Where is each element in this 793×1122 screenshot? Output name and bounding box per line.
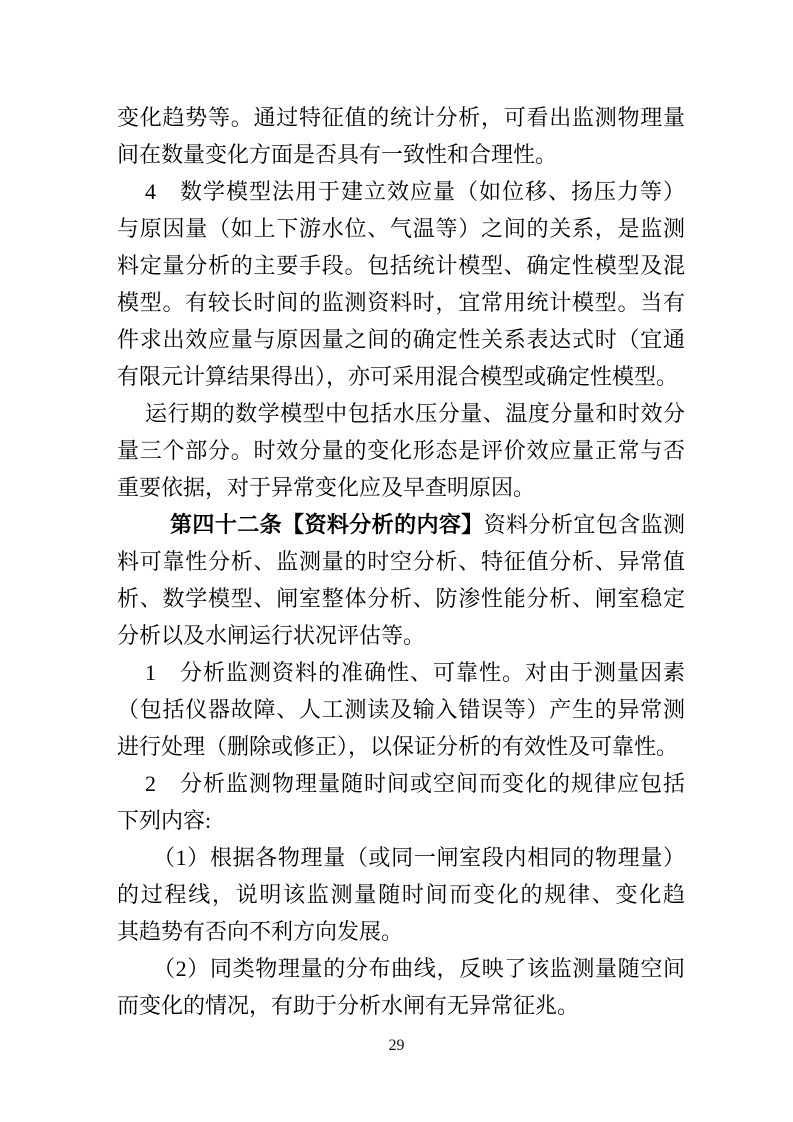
text-line: 间在数量变化方面是否具有一致性和合理性。 bbox=[117, 136, 685, 173]
text-line: 件求出效应量与原因量之间的确定性关系表达式时（宜通过 bbox=[117, 321, 685, 358]
text-segment: 进行处理（删除或修正），以保证分析的有效性及可靠性。 bbox=[117, 734, 678, 759]
text-line: （1）根据各物理量（或同一闸室段内相同的物理量） bbox=[117, 839, 685, 876]
text-line: 下列内容: bbox=[117, 802, 685, 839]
text-segment: （2）同类物理量的分布曲线，反映了该监测量随空间 bbox=[153, 956, 685, 981]
document-page: 变化趋势等。通过特征值的统计分析，可看出监测物理量之间在数量变化方面是否具有一致… bbox=[0, 0, 793, 1122]
text-segment: 变化趋势等。通过特征值的统计分析，可看出监测物理量之 bbox=[117, 105, 685, 136]
text-segment: （包括仪器故障、人工测读及输入错误等）产生的异常测值 bbox=[117, 697, 685, 728]
page-body: 变化趋势等。通过特征值的统计分析，可看出监测物理量之间在数量变化方面是否具有一致… bbox=[117, 99, 685, 1024]
text-segment: 1 分析监测资料的准确性、可靠性。对由于测量因素 bbox=[145, 660, 685, 685]
text-segment: 模型。有较长时间的监测资料时，宜常用统计模型。当有条 bbox=[117, 290, 685, 321]
text-segment: 而变化的情况，有助于分析水闸有无异常征兆。 bbox=[117, 993, 579, 1018]
text-line: 4 数学模型法用于建立效应量（如位移、扬压力等） bbox=[117, 173, 685, 210]
text-segment: 有限元计算结果得出），亦可采用混合模型或确定性模型。 bbox=[117, 364, 678, 389]
text-line: 模型。有较长时间的监测资料时，宜常用统计模型。当有条 bbox=[117, 284, 685, 321]
article-heading: 第四十二条【资料分析的内容】 bbox=[170, 512, 484, 537]
text-segment: 4 数学模型法用于建立效应量（如位移、扬压力等） bbox=[145, 179, 685, 204]
text-line: 与原因量（如上下游水位、气温等）之间的关系，是监测资 bbox=[117, 210, 685, 247]
text-line: 其趋势有否向不利方向发展。 bbox=[117, 913, 685, 950]
text-segment: 2 分析监测物理量随时间或空间而变化的规律应包括 bbox=[145, 771, 685, 796]
text-segment: 下列内容: bbox=[117, 808, 211, 833]
text-line: 进行处理（删除或修正），以保证分析的有效性及可靠性。 bbox=[117, 728, 685, 765]
page-number: 29 bbox=[0, 1036, 793, 1056]
text-segment: 的过程线，说明该监测量随时间而变化的规律、变化趋势， bbox=[117, 882, 685, 913]
text-segment: 间在数量变化方面是否具有一致性和合理性。 bbox=[117, 142, 557, 167]
text-line: 析、数学模型、闸室整体分析、防渗性能分析、闸室稳定性 bbox=[117, 580, 685, 617]
text-line: 运行期的数学模型中包括水压分量、温度分量和时效分 bbox=[117, 395, 685, 432]
text-line: （2）同类物理量的分布曲线，反映了该监测量随空间 bbox=[117, 950, 685, 987]
text-segment: 与原因量（如上下游水位、气温等）之间的关系，是监测资 bbox=[117, 216, 685, 247]
text-segment: 运行期的数学模型中包括水压分量、温度分量和时效分 bbox=[145, 401, 685, 426]
text-segment: 分析以及水闸运行状况评估等。 bbox=[117, 623, 425, 648]
text-line: 重要依据，对于异常变化应及早查明原因。 bbox=[117, 469, 685, 506]
text-line: 变化趋势等。通过特征值的统计分析，可看出监测物理量之 bbox=[117, 99, 685, 136]
text-line: 而变化的情况，有助于分析水闸有无异常征兆。 bbox=[117, 987, 685, 1024]
text-line: 料可靠性分析、监测量的时空分析、特征值分析、异常值分 bbox=[117, 543, 685, 580]
text-line: 的过程线，说明该监测量随时间而变化的规律、变化趋势， bbox=[117, 876, 685, 913]
text-line: 2 分析监测物理量随时间或空间而变化的规律应包括 bbox=[117, 765, 685, 802]
text-segment: 析、数学模型、闸室整体分析、防渗性能分析、闸室稳定性 bbox=[117, 586, 685, 617]
text-segment: 量三个部分。时效分量的变化形态是评价效应量正常与否的 bbox=[117, 438, 685, 469]
text-line: 有限元计算结果得出），亦可采用混合模型或确定性模型。 bbox=[117, 358, 685, 395]
text-segment: 其趋势有否向不利方向发展。 bbox=[117, 919, 403, 944]
text-segment: （1）根据各物理量（或同一闸室段内相同的物理量） bbox=[153, 845, 685, 870]
text-line: 量三个部分。时效分量的变化形态是评价效应量正常与否的 bbox=[117, 432, 685, 469]
text-line: 料定量分析的主要手段。包括统计模型、确定性模型及混合 bbox=[117, 247, 685, 284]
text-line: （包括仪器故障、人工测读及输入错误等）产生的异常测值 bbox=[117, 691, 685, 728]
text-line: 分析以及水闸运行状况评估等。 bbox=[117, 617, 685, 654]
text-line: 第四十二条【资料分析的内容】资料分析宜包含监测资 bbox=[117, 506, 685, 543]
text-segment: 重要依据，对于异常变化应及早查明原因。 bbox=[117, 475, 535, 500]
text-line: 1 分析监测资料的准确性、可靠性。对由于测量因素 bbox=[117, 654, 685, 691]
text-segment: 料定量分析的主要手段。包括统计模型、确定性模型及混合 bbox=[117, 253, 685, 284]
text-segment: 件求出效应量与原因量之间的确定性关系表达式时（宜通过 bbox=[117, 327, 685, 358]
text-segment: 料可靠性分析、监测量的时空分析、特征值分析、异常值分 bbox=[117, 549, 685, 580]
